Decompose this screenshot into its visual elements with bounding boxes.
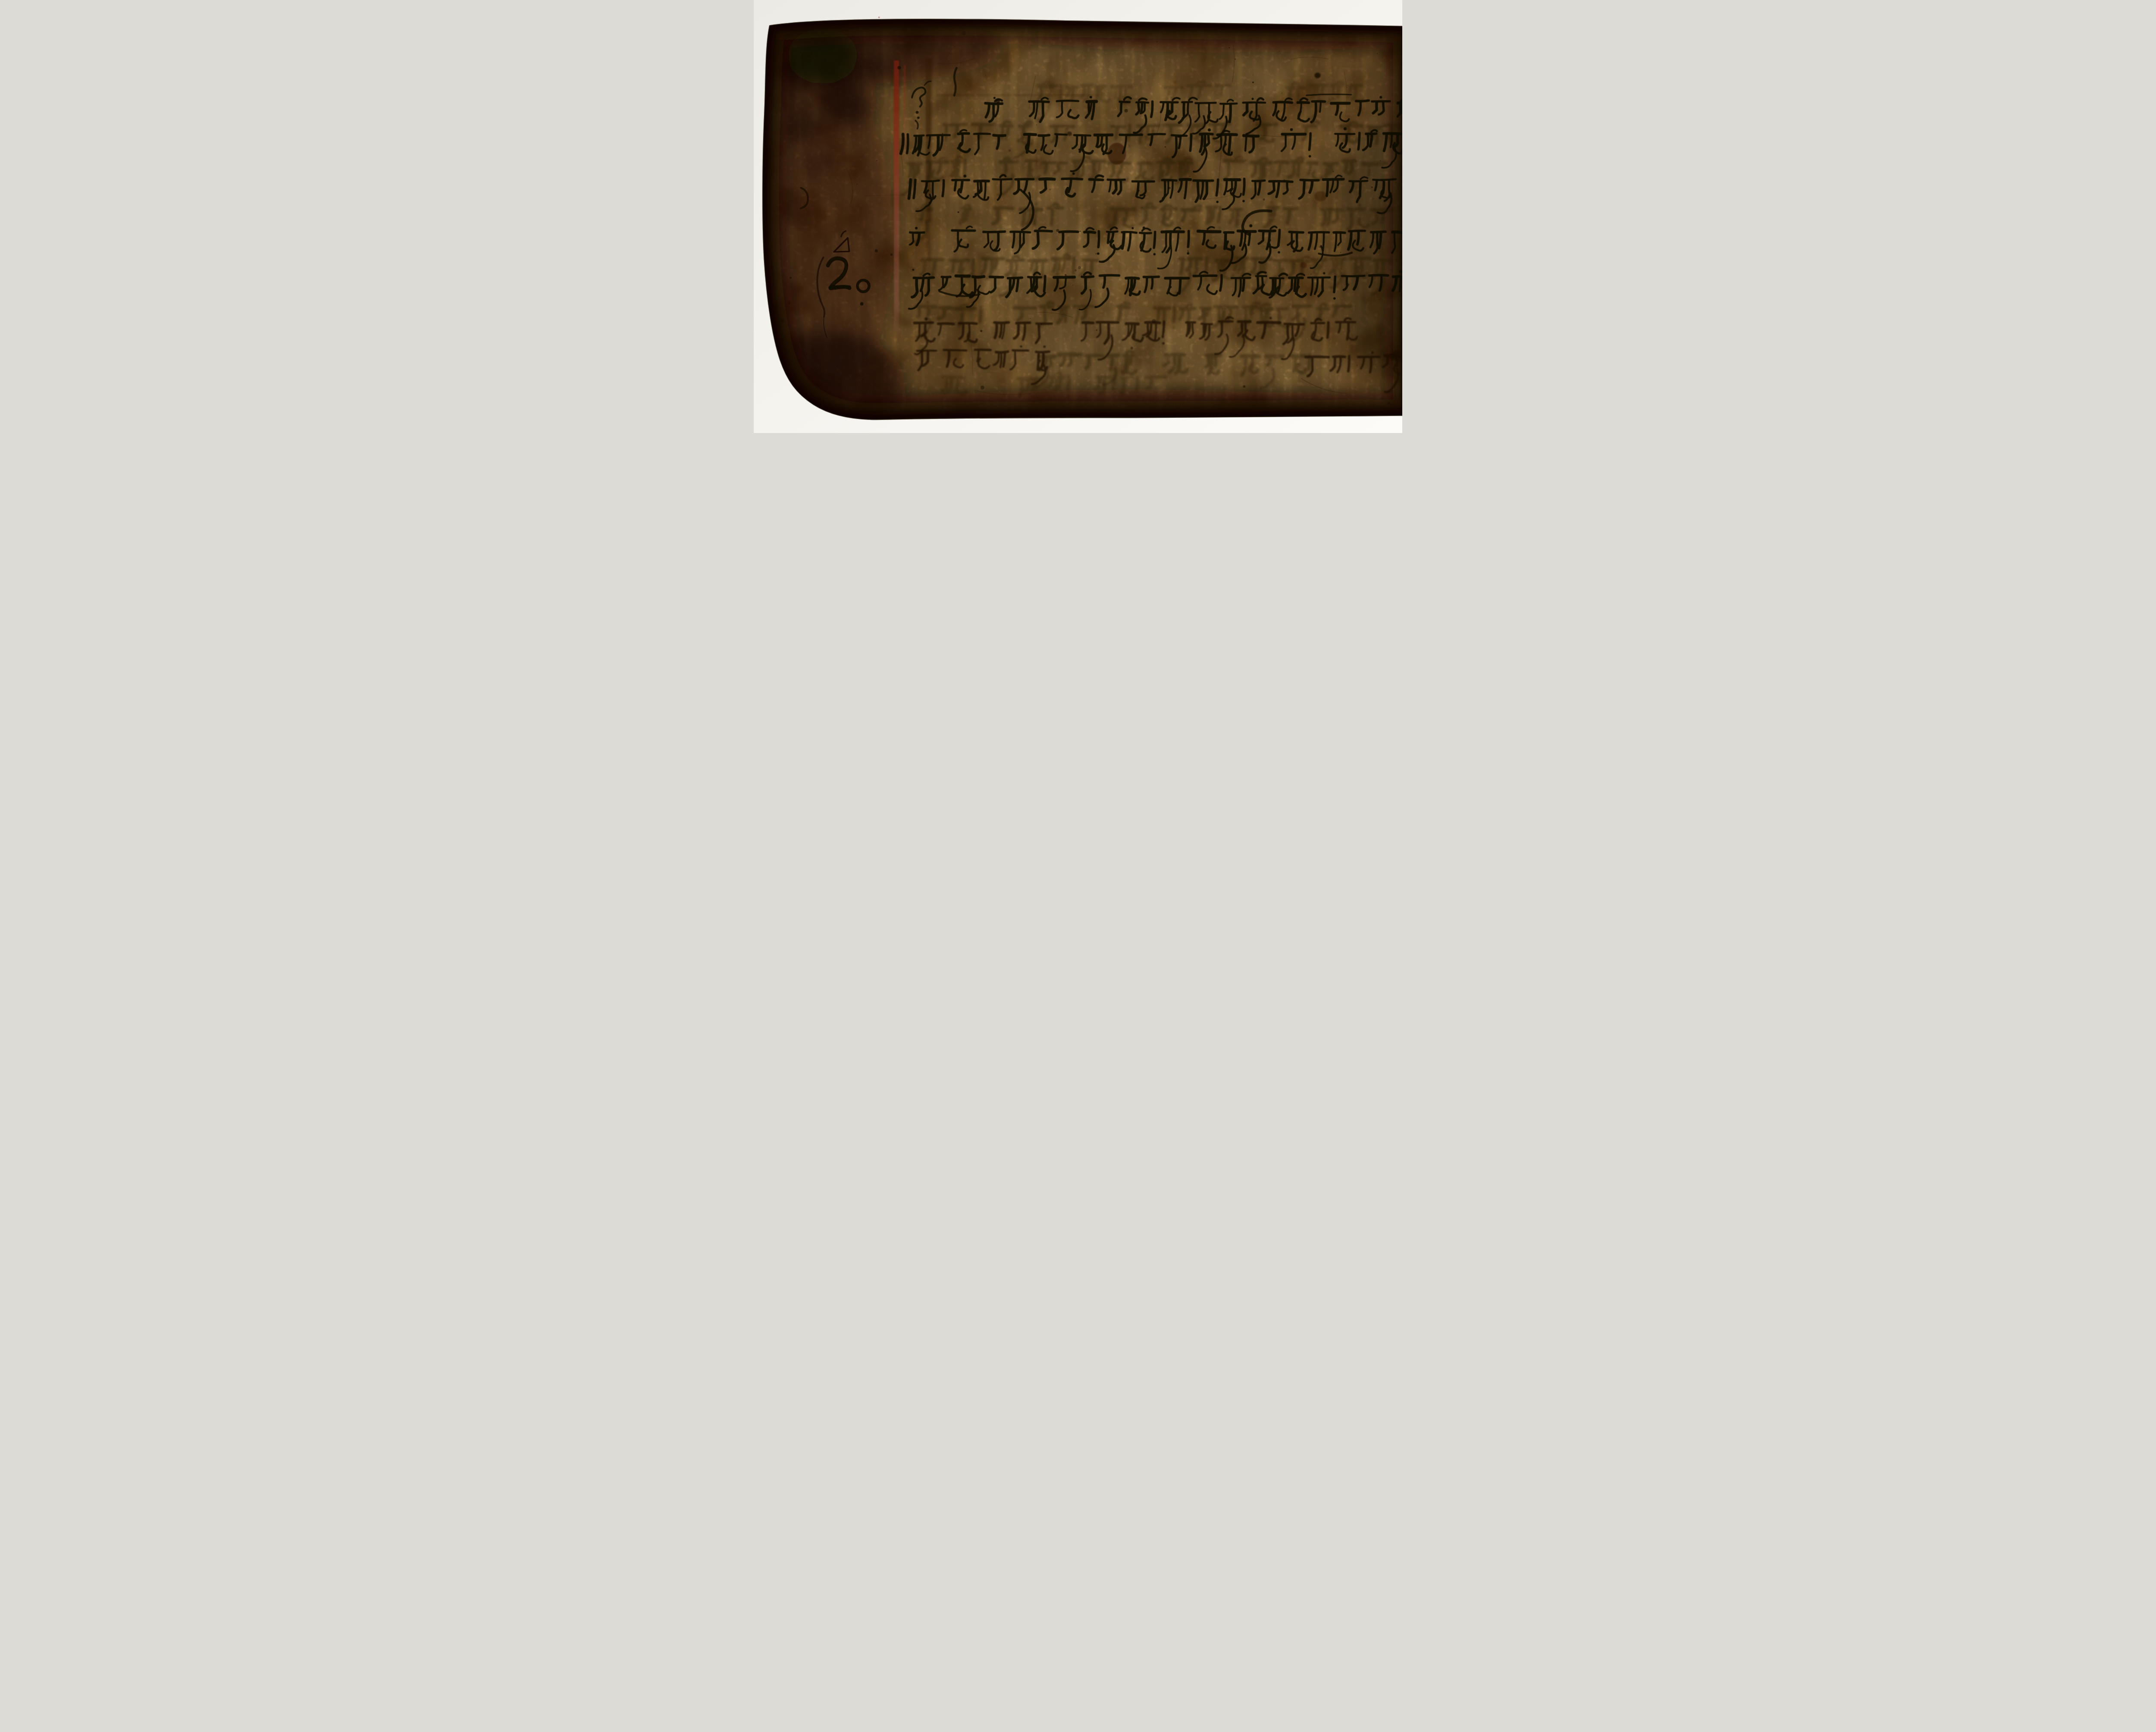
glyph-stroke bbox=[1382, 210, 1384, 223]
glyph-stroke bbox=[944, 350, 967, 351]
glyph-stroke bbox=[1340, 260, 1341, 270]
ink-speck bbox=[1253, 75, 1253, 75]
glyph-stroke bbox=[1065, 308, 1066, 322]
glyph-stroke bbox=[1368, 164, 1369, 178]
glyph-stroke bbox=[1000, 353, 1001, 367]
glyph-dot bbox=[1227, 317, 1229, 319]
glyph-stroke bbox=[1122, 233, 1124, 248]
glyph-dot bbox=[1097, 252, 1100, 255]
ink-speck bbox=[1297, 190, 1298, 191]
ink-speck bbox=[1187, 250, 1188, 251]
glyph-dot bbox=[1358, 204, 1361, 207]
glyph-stroke bbox=[1294, 279, 1295, 291]
glyph-dot bbox=[1251, 351, 1253, 353]
glyph-stroke bbox=[1294, 306, 1311, 307]
glyph-stroke bbox=[1044, 276, 1045, 292]
ink-speck bbox=[1141, 207, 1142, 208]
ink-speck bbox=[780, 349, 782, 351]
ink-speck bbox=[1282, 93, 1282, 94]
ink-speck bbox=[1115, 108, 1116, 109]
ink-speck bbox=[1065, 274, 1067, 276]
glyph-dot bbox=[1072, 173, 1075, 175]
glyph-stroke bbox=[946, 125, 946, 140]
ink-speck bbox=[785, 229, 786, 230]
glyph-stroke bbox=[1310, 133, 1311, 150]
ink-speck bbox=[1009, 150, 1011, 152]
ink-speck bbox=[1347, 87, 1347, 88]
ink-speck bbox=[790, 277, 792, 279]
glyph-dot bbox=[1090, 96, 1092, 98]
ink-speck bbox=[1226, 120, 1229, 123]
glyph-dot bbox=[1112, 395, 1115, 397]
glyph-stroke bbox=[1031, 261, 1032, 271]
glyph-stroke bbox=[959, 323, 977, 323]
red-margin-line-thin bbox=[904, 65, 906, 164]
glyph-stroke bbox=[1357, 232, 1359, 245]
glyph-dot bbox=[993, 97, 996, 99]
ink-speck bbox=[1218, 271, 1219, 272]
glyph-stroke bbox=[1172, 135, 1187, 136]
glyph-stroke bbox=[1272, 279, 1273, 295]
horizontal-crease-line bbox=[937, 94, 1099, 96]
glyph-stroke bbox=[993, 179, 1012, 179]
glyph-dot bbox=[1399, 270, 1402, 273]
glyph-stroke bbox=[922, 181, 939, 182]
glyph-stroke bbox=[1164, 125, 1181, 125]
glyph-stroke bbox=[1041, 307, 1053, 307]
ink-speck bbox=[912, 269, 914, 271]
ink-speck bbox=[1377, 53, 1378, 54]
glyph-stroke bbox=[952, 230, 975, 231]
glyph-stroke bbox=[1370, 135, 1372, 147]
ink-speck bbox=[1029, 278, 1031, 279]
ink-speck bbox=[1263, 198, 1265, 201]
glyph-dot bbox=[1153, 253, 1156, 256]
ink-speck bbox=[876, 160, 877, 161]
glyph-stroke bbox=[1342, 276, 1365, 276]
glyph-stroke bbox=[975, 350, 991, 350]
ink-speck bbox=[862, 379, 863, 380]
glyph-stroke bbox=[1242, 356, 1259, 356]
glyph-stroke bbox=[1244, 179, 1244, 195]
glyph-stroke bbox=[1048, 208, 1063, 208]
ink-speck bbox=[846, 264, 848, 266]
glyph-stroke bbox=[1149, 134, 1165, 135]
ink-speck bbox=[985, 75, 986, 76]
glyph-stroke bbox=[1029, 101, 1049, 102]
glyph-stroke bbox=[1141, 103, 1142, 113]
ink-blot bbox=[1067, 132, 1072, 136]
glyph-stroke bbox=[990, 277, 1003, 277]
glyph-dot bbox=[1249, 224, 1252, 227]
glyph-stroke bbox=[1356, 100, 1369, 101]
glyph-stroke bbox=[1188, 309, 1189, 322]
ink-speck bbox=[1235, 59, 1236, 60]
ink-speck bbox=[1096, 253, 1097, 254]
glyph-stroke bbox=[1400, 208, 1402, 208]
ink-speck bbox=[962, 31, 966, 35]
ink-speck bbox=[1350, 338, 1351, 339]
ink-speck bbox=[1003, 94, 1003, 95]
glyph-stroke bbox=[1115, 88, 1116, 98]
ink-speck bbox=[1371, 186, 1373, 188]
ink-speck bbox=[996, 100, 1000, 104]
glyph-stroke bbox=[1181, 260, 1183, 274]
glyph-stroke bbox=[1306, 357, 1329, 357]
glyph-dot bbox=[1269, 317, 1272, 320]
ink-speck bbox=[1131, 347, 1133, 349]
red-margin-line bbox=[894, 60, 899, 343]
glyph-stroke bbox=[1060, 85, 1061, 98]
ink-speck bbox=[1290, 39, 1291, 40]
glyph-stroke bbox=[955, 181, 956, 190]
ink-speck bbox=[875, 249, 878, 252]
glyph-stroke bbox=[1327, 180, 1328, 196]
glyph-stroke bbox=[907, 135, 908, 154]
glyph-stroke bbox=[1120, 135, 1142, 135]
glyph-stroke bbox=[1351, 258, 1371, 259]
glyph-stroke bbox=[973, 260, 973, 275]
ink-speck bbox=[1165, 146, 1166, 148]
glyph-stroke bbox=[909, 180, 911, 199]
glyph-stroke bbox=[1128, 126, 1130, 140]
glyph-stroke bbox=[1238, 231, 1256, 232]
glyph-stroke bbox=[1312, 101, 1325, 102]
glyph-stroke bbox=[1040, 179, 1054, 179]
glyph-stroke bbox=[1222, 86, 1222, 95]
glyph-dot bbox=[1172, 326, 1175, 329]
glyph-dot bbox=[1344, 127, 1347, 130]
glyph-stroke bbox=[1068, 377, 1069, 390]
glyph-stroke bbox=[1397, 356, 1398, 366]
ink-speck bbox=[806, 383, 807, 384]
glyph-dot bbox=[1067, 395, 1069, 398]
glyph-stroke bbox=[1355, 259, 1356, 276]
glyph-stroke bbox=[1155, 308, 1170, 308]
glyph-stroke bbox=[1109, 355, 1119, 356]
glyph-dot bbox=[1136, 395, 1138, 398]
glyph-dot bbox=[1162, 342, 1165, 345]
ink-speck bbox=[1190, 176, 1191, 177]
glyph-stroke bbox=[1334, 277, 1335, 292]
glyph-stroke bbox=[1253, 181, 1265, 181]
ink-speck bbox=[1252, 82, 1254, 83]
glyph-stroke bbox=[1298, 162, 1299, 176]
glyph-stroke bbox=[1318, 309, 1328, 309]
glyph-stroke bbox=[1174, 307, 1175, 321]
glyph-dot bbox=[1290, 128, 1293, 131]
glyph-stroke bbox=[1073, 258, 1074, 273]
glyph-stroke bbox=[1144, 277, 1159, 277]
glyph-stroke bbox=[1205, 258, 1206, 273]
ink-speck bbox=[1340, 252, 1341, 253]
glyph-stroke bbox=[964, 160, 965, 176]
glyph-stroke bbox=[1083, 323, 1093, 323]
ink-speck bbox=[958, 211, 959, 213]
ink-speck bbox=[856, 184, 858, 185]
glyph-stroke bbox=[1188, 231, 1189, 247]
glyph-stroke bbox=[1163, 322, 1164, 337]
manuscript-photo bbox=[754, 0, 1402, 433]
glyph-dot bbox=[1379, 96, 1382, 99]
ink-speck bbox=[788, 302, 790, 304]
ink-speck bbox=[1373, 198, 1374, 199]
ink-speck bbox=[909, 230, 910, 231]
glyph-dot bbox=[1205, 278, 1207, 281]
photo-canvas bbox=[754, 0, 1402, 433]
ink-speck bbox=[942, 133, 943, 135]
ink-speck bbox=[1041, 323, 1042, 325]
dust-red-speck bbox=[878, 16, 880, 18]
glyph-stroke bbox=[1278, 230, 1279, 246]
ink-speck bbox=[1080, 231, 1081, 232]
glyph-dot bbox=[1278, 251, 1280, 254]
glyph-stroke bbox=[1358, 133, 1360, 149]
glyph-stroke bbox=[1348, 356, 1349, 371]
glyph-dot bbox=[933, 156, 937, 160]
glyph-dot bbox=[1020, 345, 1022, 348]
ink-speck bbox=[897, 66, 901, 69]
glyph-dot bbox=[1218, 227, 1221, 229]
ink-speck bbox=[1075, 269, 1077, 271]
glyph-dot bbox=[915, 227, 918, 229]
glyph-stroke bbox=[958, 133, 969, 134]
ink-speck bbox=[781, 319, 785, 323]
glyph-stroke bbox=[980, 308, 981, 322]
folio-dot bbox=[860, 302, 864, 306]
ink-speck bbox=[826, 397, 828, 399]
glyph-stroke bbox=[1350, 181, 1368, 181]
ink-speck bbox=[1125, 109, 1128, 113]
glyph-stroke bbox=[1320, 102, 1321, 112]
glyph-stroke bbox=[1225, 161, 1245, 161]
glyph-dot bbox=[1047, 302, 1049, 304]
glyph-dot bbox=[1131, 227, 1134, 229]
glyph-dot bbox=[1216, 201, 1219, 204]
glyph-stroke bbox=[1243, 279, 1244, 291]
glyph-stroke bbox=[1400, 277, 1401, 292]
ink-speck bbox=[1332, 171, 1334, 172]
glyph-stroke bbox=[1152, 278, 1153, 289]
ink-speck bbox=[1049, 189, 1051, 191]
glyph-stroke bbox=[1097, 136, 1098, 147]
glyph-stroke bbox=[1257, 124, 1277, 125]
glyph-dot bbox=[1270, 201, 1272, 204]
glyph-stroke bbox=[1190, 135, 1191, 151]
ink-speck bbox=[1072, 285, 1073, 286]
glyph-stroke bbox=[974, 134, 990, 134]
ink-speck bbox=[860, 66, 862, 67]
glyph-stroke bbox=[1333, 86, 1334, 98]
ink-speck bbox=[1000, 89, 1000, 90]
head-mark-dot bbox=[917, 116, 920, 119]
glyph-dot bbox=[1333, 297, 1336, 300]
glyph-stroke bbox=[1259, 231, 1275, 231]
manuscript-leaf bbox=[754, 0, 1402, 433]
ink-speck bbox=[1310, 273, 1312, 275]
glyph-dot bbox=[1004, 203, 1006, 205]
ink-speck bbox=[1284, 179, 1285, 181]
glyph-stroke bbox=[1257, 323, 1280, 323]
ink-speck bbox=[1319, 246, 1322, 248]
glyph-stroke bbox=[1112, 126, 1125, 127]
glyph-stroke bbox=[1298, 102, 1309, 103]
ink-speck bbox=[780, 250, 781, 251]
glyph-stroke bbox=[1314, 260, 1316, 273]
head-mark-dot bbox=[916, 111, 919, 114]
glyph-stroke bbox=[1334, 232, 1345, 233]
glyph-stroke bbox=[1214, 307, 1237, 307]
glyph-stroke bbox=[1154, 232, 1155, 248]
glyph-stroke bbox=[1090, 179, 1103, 180]
ink-speck bbox=[1113, 405, 1114, 405]
ink-speck bbox=[1030, 318, 1031, 319]
glyph-stroke bbox=[1209, 124, 1230, 124]
ink-speck bbox=[1036, 125, 1037, 126]
glyph-stroke bbox=[1146, 377, 1166, 377]
ink-speck bbox=[1168, 187, 1171, 189]
glyph-stroke bbox=[1151, 101, 1153, 117]
glyph-stroke bbox=[1082, 276, 1093, 277]
glyph-dot bbox=[1044, 345, 1046, 348]
glyph-stroke bbox=[1108, 232, 1109, 243]
ink-speck bbox=[980, 330, 982, 332]
glyph-stroke bbox=[1162, 232, 1184, 232]
ink-speck bbox=[1005, 223, 1006, 224]
glyph-stroke bbox=[1311, 85, 1328, 85]
glyph-stroke bbox=[984, 232, 1005, 232]
glyph-stroke bbox=[995, 259, 997, 268]
glyph-stroke bbox=[980, 125, 981, 138]
glyph-dot bbox=[1323, 272, 1325, 274]
ink-speck bbox=[954, 248, 955, 248]
glyph-stroke bbox=[1216, 180, 1218, 196]
ink-speck bbox=[1279, 51, 1280, 52]
glyph-stroke bbox=[1323, 233, 1324, 251]
ink-speck bbox=[1152, 319, 1156, 323]
glyph-stroke bbox=[943, 180, 944, 196]
ink-speck bbox=[1357, 365, 1357, 366]
glyph-dot bbox=[1128, 145, 1131, 147]
glyph-stroke bbox=[1113, 376, 1115, 389]
glyph-stroke bbox=[1137, 377, 1138, 391]
ink-blot bbox=[1315, 191, 1327, 201]
ink-speck bbox=[890, 254, 893, 256]
glyph-stroke bbox=[1179, 279, 1181, 294]
ink-speck bbox=[1156, 41, 1157, 42]
glyph-stroke bbox=[1100, 275, 1119, 276]
glyph-stroke bbox=[1194, 276, 1216, 276]
glyph-stroke bbox=[1045, 163, 1047, 173]
glyph-stroke bbox=[1237, 210, 1238, 226]
ink-speck bbox=[1347, 283, 1350, 286]
glyph-stroke bbox=[1098, 231, 1099, 247]
glyph-dot bbox=[1312, 120, 1314, 122]
ink-speck bbox=[1229, 47, 1230, 48]
glyph-stroke bbox=[1219, 207, 1220, 222]
glyph-stroke bbox=[1221, 261, 1223, 271]
glyph-stroke bbox=[1084, 232, 1095, 232]
ink-speck bbox=[1243, 386, 1246, 388]
ink-speck bbox=[797, 49, 798, 50]
glyph-dot bbox=[1035, 203, 1038, 206]
folio-numeral-stroke bbox=[830, 286, 850, 288]
ink-speck bbox=[1146, 297, 1147, 298]
glyph-stroke bbox=[1230, 104, 1231, 122]
glyph-dot bbox=[964, 175, 967, 178]
glyph-stroke bbox=[1245, 136, 1247, 151]
glyph-stroke bbox=[953, 261, 953, 272]
glyph-stroke bbox=[1370, 358, 1371, 372]
ink-speck bbox=[1078, 266, 1081, 269]
glyph-stroke bbox=[1051, 126, 1074, 126]
ink-blot bbox=[1315, 73, 1321, 78]
ink-speck bbox=[852, 284, 853, 285]
glyph-dot bbox=[1143, 226, 1145, 229]
glyph-stroke bbox=[1220, 104, 1237, 104]
glyph-stroke bbox=[921, 210, 923, 220]
glyph-stroke bbox=[1000, 162, 1018, 162]
glyph-stroke bbox=[1051, 209, 1053, 225]
glyph-dot bbox=[1055, 372, 1058, 374]
glyph-dot bbox=[1252, 98, 1254, 100]
glyph-dot bbox=[1309, 155, 1311, 158]
ink-speck bbox=[1380, 160, 1381, 161]
glyph-stroke bbox=[1341, 126, 1362, 127]
glyph-stroke bbox=[1399, 261, 1401, 277]
glyph-stroke bbox=[1363, 163, 1386, 164]
glyph-stroke bbox=[918, 307, 919, 317]
glyph-dot bbox=[1187, 252, 1190, 255]
glyph-stroke bbox=[1155, 323, 1156, 340]
glyph-dot bbox=[926, 301, 929, 304]
glyph-stroke bbox=[928, 307, 929, 316]
glyph-stroke bbox=[915, 323, 933, 323]
ink-speck bbox=[1056, 229, 1059, 232]
glyph-stroke bbox=[1345, 162, 1347, 172]
glyph-dot bbox=[1242, 200, 1245, 203]
glyph-stroke bbox=[1328, 322, 1329, 338]
ink-speck bbox=[1282, 358, 1283, 360]
glyph-dot bbox=[1371, 351, 1373, 354]
ink-speck bbox=[981, 386, 984, 389]
glyph-stroke bbox=[972, 124, 995, 125]
glyph-stroke bbox=[1109, 163, 1130, 163]
glyph-stroke bbox=[1372, 101, 1390, 102]
glyph-dot bbox=[924, 317, 928, 321]
glyph-dot bbox=[1174, 81, 1177, 84]
glyph-stroke bbox=[1017, 279, 1018, 291]
glyph-dot bbox=[1208, 129, 1211, 132]
glyph-stroke bbox=[1103, 276, 1105, 288]
ink-speck bbox=[1096, 329, 1097, 331]
glyph-stroke bbox=[1198, 231, 1220, 232]
glyph-stroke bbox=[1057, 100, 1078, 101]
ink-speck bbox=[1388, 402, 1390, 404]
glyph-stroke bbox=[1290, 356, 1305, 356]
glyph-stroke bbox=[954, 308, 976, 309]
